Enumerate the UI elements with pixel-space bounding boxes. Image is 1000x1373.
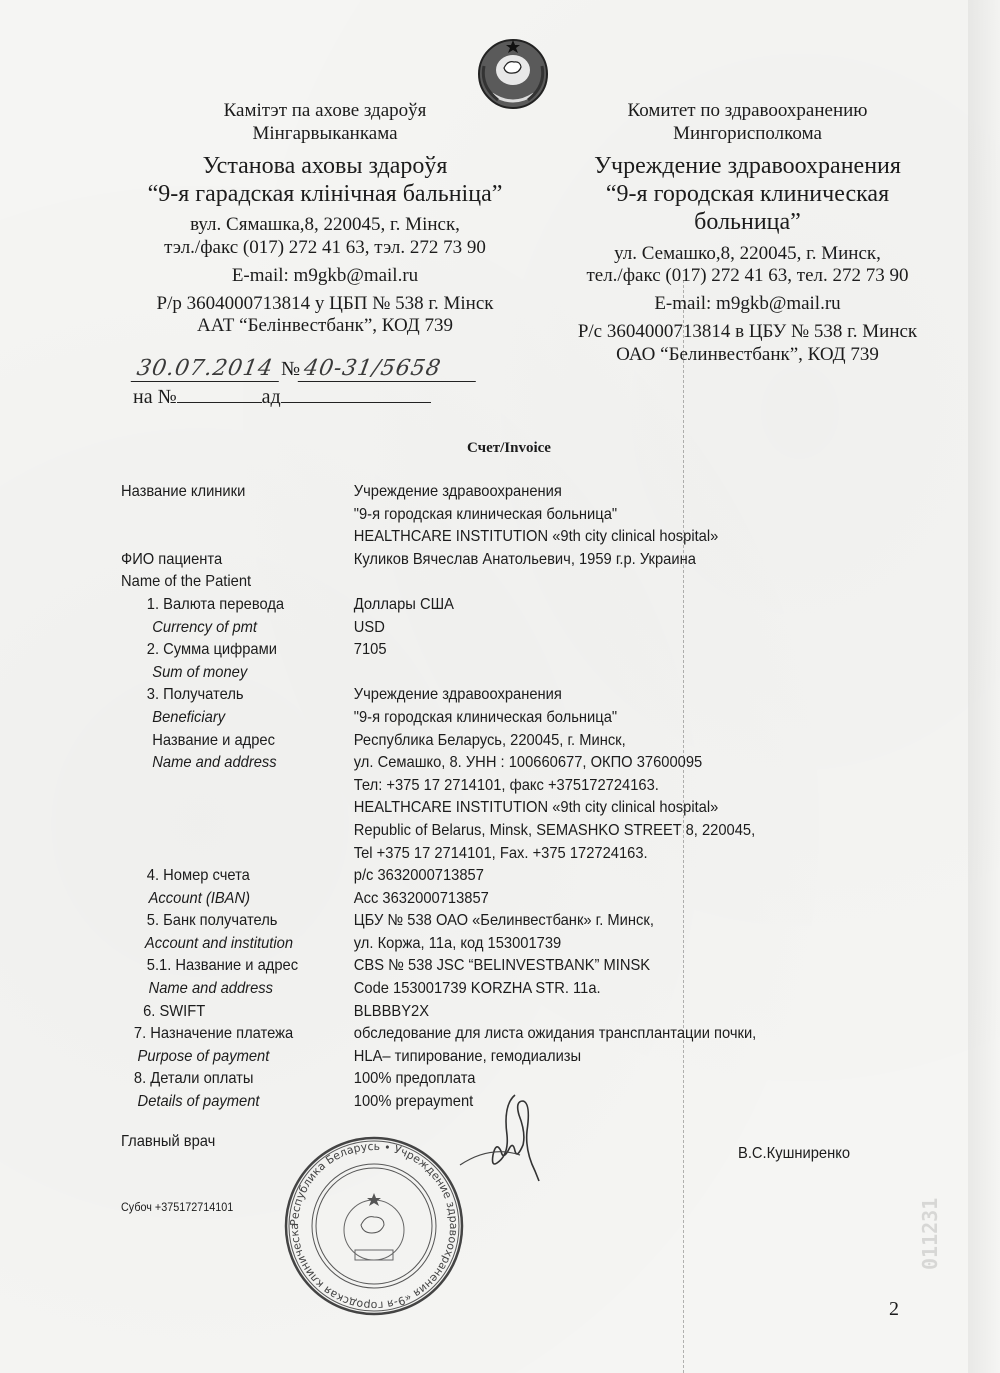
row-value: Tel +375 17 2714101, Fax. +375 172724163… — [354, 843, 820, 866]
institution-type-ru: Учреждение здравоохранения — [555, 152, 940, 180]
row-label: 5. Банк получатель — [121, 910, 354, 933]
contact-person: Субоч +375172714101 — [121, 1200, 233, 1214]
row-value: CBS № 538 JSC “BELINVESTBANK” MINSK — [354, 955, 820, 978]
institution-type-be: Установа аховы здароўя — [125, 152, 525, 180]
page-edge-shadow — [968, 0, 1000, 1373]
row-label — [121, 526, 354, 549]
invoice-row: HEALTHCARE INSTITUTION «9th city clinica… — [121, 526, 820, 549]
chief-doctor-label: Главный врач — [121, 1133, 215, 1151]
invoice-row: Name and addressCode 153001739 KORZHA ST… — [121, 978, 820, 1001]
row-label — [121, 797, 354, 820]
row-value — [354, 571, 820, 594]
invoice-row: HEALTHCARE INSTITUTION «9th city clinica… — [121, 797, 820, 820]
row-label: Account (IBAN) — [121, 888, 354, 911]
row-value: Тел: +375 17 2714101, факс +375172724163… — [354, 775, 820, 798]
address-be: вул. Сямашка,8, 220045, г. Мінск, — [125, 214, 525, 237]
row-label — [121, 504, 354, 527]
row-label: 6. SWIFT — [121, 1001, 354, 1024]
phone-be: тэл./факс (017) 272 41 63, тэл. 272 73 9… — [125, 237, 525, 260]
row-label: Account and institution — [121, 933, 354, 956]
row-value: ул. Коржа, 11а, код 153001739 — [354, 933, 820, 956]
invoice-row: 2. Сумма цифрами7105 — [121, 639, 820, 662]
coat-of-arms-icon — [470, 30, 556, 110]
institution-name-ru: “9-я городская клиническая больница” — [555, 180, 940, 237]
row-value: Учреждение здравоохранения — [354, 481, 820, 504]
signatory-name: В.С.Кушниренко — [738, 1145, 850, 1163]
invoice-row: 5. Банк получательЦБУ № 538 ОАО «Белинве… — [121, 910, 820, 933]
invoice-row: 4. Номер счетар/с 3632000713857 — [121, 865, 820, 888]
row-label: Name of the Patient — [121, 571, 354, 594]
bank-name-be: ААТ “Белінвестбанк”, КОД 739 — [125, 315, 525, 338]
committee-city-be: Мінгарвыканкама — [125, 123, 525, 146]
invoice-title: Счет/Invoice — [467, 440, 551, 457]
email-be: E-mail: m9gkb@mail.ru — [125, 265, 525, 288]
row-value: HEALTHCARE INSTITUTION «9th city clinica… — [354, 526, 820, 549]
row-value — [354, 662, 820, 685]
reply-from-label: ад — [262, 386, 281, 408]
invoice-row: 3. ПолучательУчреждение здравоохранения — [121, 684, 820, 707]
row-value: 100% предоплата — [354, 1068, 820, 1091]
row-label: 4. Номер счета — [121, 865, 354, 888]
bank-name-ru: ОАО “Белинвестбанк”, КОД 739 — [555, 344, 940, 367]
row-value: ЦБУ № 538 ОАО «Белинвестбанк» г. Минск, — [354, 910, 820, 933]
row-value: BLBBBY2X — [354, 1001, 820, 1024]
handwritten-date: 30.07.2014 — [131, 356, 284, 382]
invoice-details: Название клиникиУчреждение здравоохранен… — [121, 481, 820, 1114]
header-russian: Комитет по здравоохранению Мингорисполко… — [555, 100, 940, 367]
invoice-row: 8. Детали оплаты100% предоплата — [121, 1068, 820, 1091]
row-label: Currency of pmt — [121, 617, 354, 640]
reply-number-label: на № — [133, 386, 177, 408]
bank-account-ru: Р/с 3604000713814 в ЦБУ № 538 г. Минск — [555, 321, 940, 344]
row-label: Name and address — [121, 978, 354, 1001]
row-value: Доллары США — [354, 594, 820, 617]
invoice-row: Account and institutionул. Коржа, 11а, к… — [121, 933, 820, 956]
handwritten-number: 40-31/5658 — [298, 356, 481, 382]
row-label: ФИО пациента — [121, 549, 354, 572]
document-reference: 30.07.2014№40-31/5658 на №ад — [133, 356, 478, 409]
invoice-row: Name of the Patient — [121, 571, 820, 594]
row-label: 1. Валюта перевода — [121, 594, 354, 617]
invoice-row: Purpose of paymentHLA– типирование, гемо… — [121, 1046, 820, 1069]
row-label: 7. Назначение платежа — [121, 1023, 354, 1046]
row-value: р/с 3632000713857 — [354, 865, 820, 888]
committee-name-be: Камітэт па ахове здароўя — [125, 100, 525, 123]
header-belarusian: Камітэт па ахове здароўя Мінгарвыканкама… — [125, 100, 525, 338]
number-sign: № — [281, 358, 300, 380]
row-value: HLA– типирование, гемодиализы — [354, 1046, 820, 1069]
row-value: Code 153001739 KORZHA STR. 11a. — [354, 978, 820, 1001]
row-value: Acc 3632000713857 — [354, 888, 820, 911]
invoice-row: 1. Валюта переводаДоллары США — [121, 594, 820, 617]
reply-number-blank — [177, 386, 262, 403]
invoice-row: Тел: +375 17 2714101, факс +375172724163… — [121, 775, 820, 798]
row-value: Республика Беларусь, 220045, г. Минск, — [354, 730, 820, 753]
row-value: USD — [354, 617, 820, 640]
invoice-row: 7. Назначение платежаобследование для ли… — [121, 1023, 820, 1046]
bank-account-be: Р/р 3604000713814 у ЦБП № 538 г. Мінск — [125, 293, 525, 316]
row-label — [121, 820, 354, 843]
row-value: обследование для листа ожидания транспла… — [354, 1023, 820, 1046]
committee-city-ru: Мингорисполкома — [555, 123, 940, 146]
row-label — [121, 775, 354, 798]
row-label — [121, 843, 354, 866]
row-value: 7105 — [354, 639, 820, 662]
invoice-row: Account (IBAN)Acc 3632000713857 — [121, 888, 820, 911]
row-value: Учреждение здравоохранения — [354, 684, 820, 707]
row-label: Purpose of payment — [121, 1046, 354, 1069]
committee-name-ru: Комитет по здравоохранению — [555, 100, 940, 123]
row-label: Beneficiary — [121, 707, 354, 730]
email-ru: E-mail: m9gkb@mail.ru — [555, 293, 940, 316]
page-number: 2 — [889, 1298, 899, 1321]
row-value: Куликов Вячеслав Анатольевич, 1959 г.р. … — [354, 549, 820, 572]
row-label: Name and address — [121, 752, 354, 775]
row-value: "9-я городская клиническая больница" — [354, 707, 820, 730]
invoice-row: Tel +375 17 2714101, Fax. +375 172724163… — [121, 843, 820, 866]
row-value: "9-я городская клиническая больница" — [354, 504, 820, 527]
row-label: Details of payment — [121, 1091, 354, 1114]
row-label: Название клиники — [121, 481, 354, 504]
invoice-row: Sum of money — [121, 662, 820, 685]
row-label: 8. Детали оплаты — [121, 1068, 354, 1091]
invoice-row: "9-я городская клиническая больница" — [121, 504, 820, 527]
row-label: 2. Сумма цифрами — [121, 639, 354, 662]
invoice-row: Beneficiary"9-я городская клиническая бо… — [121, 707, 820, 730]
row-label: 5.1. Название и адрес — [121, 955, 354, 978]
address-ru: ул. Семашко,8, 220045, г. Минск, — [555, 243, 940, 266]
invoice-row: Currency of pmtUSD — [121, 617, 820, 640]
row-value: Republic of Belarus, Minsk, SEMASHKO STR… — [354, 820, 820, 843]
row-label: 3. Получатель — [121, 684, 354, 707]
invoice-row: Republic of Belarus, Minsk, SEMASHKO STR… — [121, 820, 820, 843]
invoice-row: Название и адресРеспублика Беларусь, 220… — [121, 730, 820, 753]
institution-name-be: “9-я гарадская клінічная бальніца” — [125, 180, 525, 208]
official-stamp-icon: Республика Беларусь • Учреждение здравоо… — [283, 1135, 465, 1317]
row-value: ул. Семашко, 8. УНН : 100660677, ОКПО 37… — [354, 752, 820, 775]
invoice-row: 6. SWIFTBLBBBY2X — [121, 1001, 820, 1024]
phone-ru: тел./факс (017) 272 41 63, тел. 272 73 9… — [555, 265, 940, 288]
row-value: HEALTHCARE INSTITUTION «9th city clinica… — [354, 797, 820, 820]
bleed-through-number: 011231 — [918, 1160, 942, 1270]
reply-date-blank — [281, 386, 431, 403]
invoice-row: ФИО пациентаКуликов Вячеслав Анатольевич… — [121, 549, 820, 572]
row-label: Название и адрес — [121, 730, 354, 753]
invoice-row: Name and addressул. Семашко, 8. УНН : 10… — [121, 752, 820, 775]
invoice-row: 5.1. Название и адресCBS № 538 JSC “BELI… — [121, 955, 820, 978]
invoice-row: Название клиникиУчреждение здравоохранен… — [121, 481, 820, 504]
row-label: Sum of money — [121, 662, 354, 685]
